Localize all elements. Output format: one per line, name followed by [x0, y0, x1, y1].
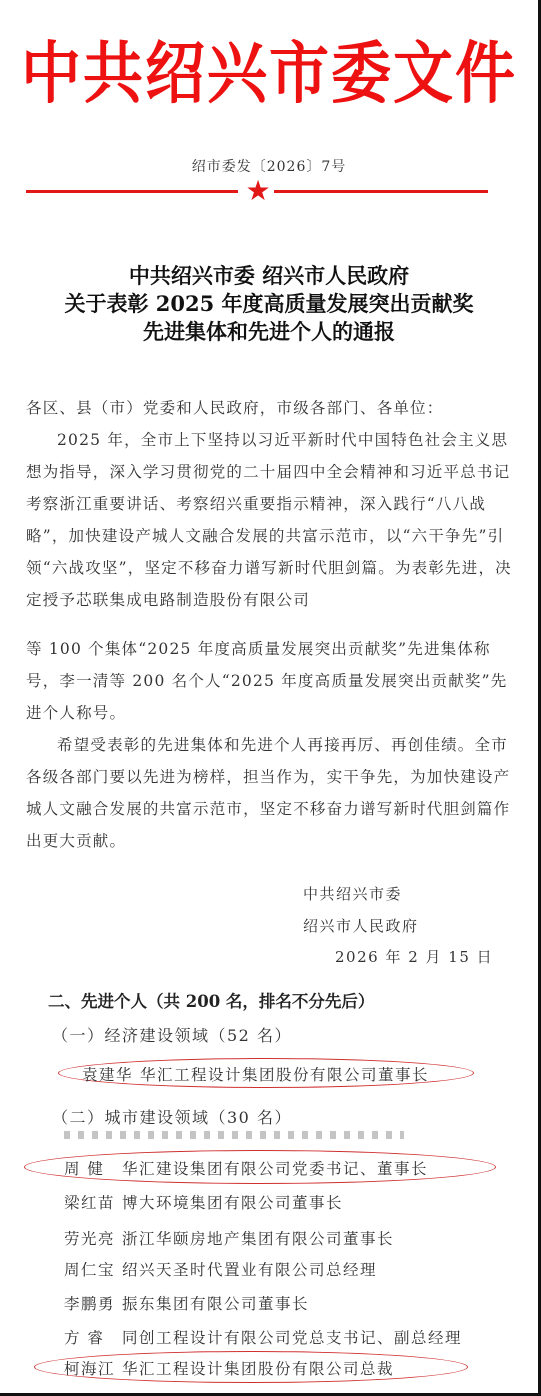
- person-title: 华汇工程设计集团股份有限公司总裁: [122, 1360, 394, 1378]
- signature-org-2: 绍兴市人民政府: [303, 915, 419, 936]
- body-paragraph-1: 2025 年，全市上下坚持以习近平新时代中国特色社会主义思想为指导，深入学习贯彻…: [26, 424, 516, 616]
- list-item: 劳光亮浙江华颐房地产集团有限公司董事长: [64, 1227, 394, 1249]
- list-item: 袁建华华汇工程设计集团股份有限公司董事长: [82, 1063, 429, 1085]
- person-title: 振东集团有限公司董事长: [122, 1295, 309, 1313]
- cropped-list-item: [64, 1131, 404, 1139]
- title-line-1: 中共绍兴市委 绍兴市人民政府: [0, 262, 538, 290]
- person-title: 华汇工程设计集团股份有限公司董事长: [140, 1066, 429, 1084]
- body-paragraph-2: 等 100 个集体“2025 年度高质量发展突出贡献奖”先进集体称号，李一清等 …: [26, 633, 516, 729]
- document-masthead: 中共绍兴市委文件: [0, 34, 538, 115]
- person-title: 华汇建设集团有限公司党委书记、董事长: [122, 1160, 428, 1178]
- person-name: 李鹏勇: [64, 1292, 122, 1314]
- person-name: 袁建华: [82, 1063, 140, 1085]
- section-heading: 二、先进个人（共 200 名，排名不分先后）: [48, 988, 374, 1012]
- salutation: 各区、县（市）党委和人民政府，市级各部门、各单位：: [26, 392, 516, 424]
- group-heading-economy: （一）经济建设领域（52 名）: [52, 1023, 292, 1046]
- list-item: 方 睿同创工程设计有限公司党总支书记、副总经理: [64, 1326, 462, 1348]
- person-title: 同创工程设计有限公司党总支书记、副总经理: [122, 1329, 462, 1347]
- red-divider-right: [274, 190, 488, 193]
- body-paragraph-3: 希望受表彰的先进集体和先进个人再接再厉、再创佳绩。全市各级各部门要以先进为榜样，…: [26, 729, 516, 857]
- document-number: 绍市委发〔2026〕7号: [0, 156, 538, 176]
- list-item: 柯海江华汇工程设计集团股份有限公司总裁: [64, 1357, 394, 1379]
- red-star-icon: ★: [244, 177, 272, 205]
- signature-org-1: 中共绍兴市委: [303, 883, 402, 904]
- person-name: 柯海江: [64, 1357, 122, 1379]
- list-item: 周仁宝绍兴天圣时代置业有限公司总经理: [64, 1258, 377, 1280]
- person-name: 梁红苗: [64, 1191, 122, 1213]
- person-name: 劳光亮: [64, 1227, 122, 1249]
- person-name: 周仁宝: [64, 1258, 122, 1280]
- list-item: 周 健华汇建设集团有限公司党委书记、董事长: [64, 1157, 428, 1179]
- person-title: 绍兴天圣时代置业有限公司总经理: [122, 1261, 377, 1279]
- person-title: 浙江华颐房地产集团有限公司董事长: [122, 1230, 394, 1248]
- title-line-3: 先进集体和先进个人的通报: [0, 318, 538, 346]
- signature-date: 2026 年 2 月 15 日: [335, 946, 493, 967]
- red-divider-left: [26, 190, 238, 193]
- person-title: 博大环境集团有限公司董事长: [122, 1194, 343, 1212]
- list-item: 李鹏勇振东集团有限公司董事长: [64, 1292, 309, 1314]
- person-name: 周 健: [64, 1157, 122, 1179]
- list-item: 梁红苗博大环境集团有限公司董事长: [64, 1191, 343, 1213]
- person-name: 方 睿: [64, 1326, 122, 1348]
- group-heading-urban: （二）城市建设领域（30 名）: [52, 1105, 292, 1128]
- title-line-2: 关于表彰 2025 年度高质量发展突出贡献奖: [0, 290, 538, 318]
- document-title: 中共绍兴市委 绍兴市人民政府 关于表彰 2025 年度高质量发展突出贡献奖 先进…: [0, 262, 538, 346]
